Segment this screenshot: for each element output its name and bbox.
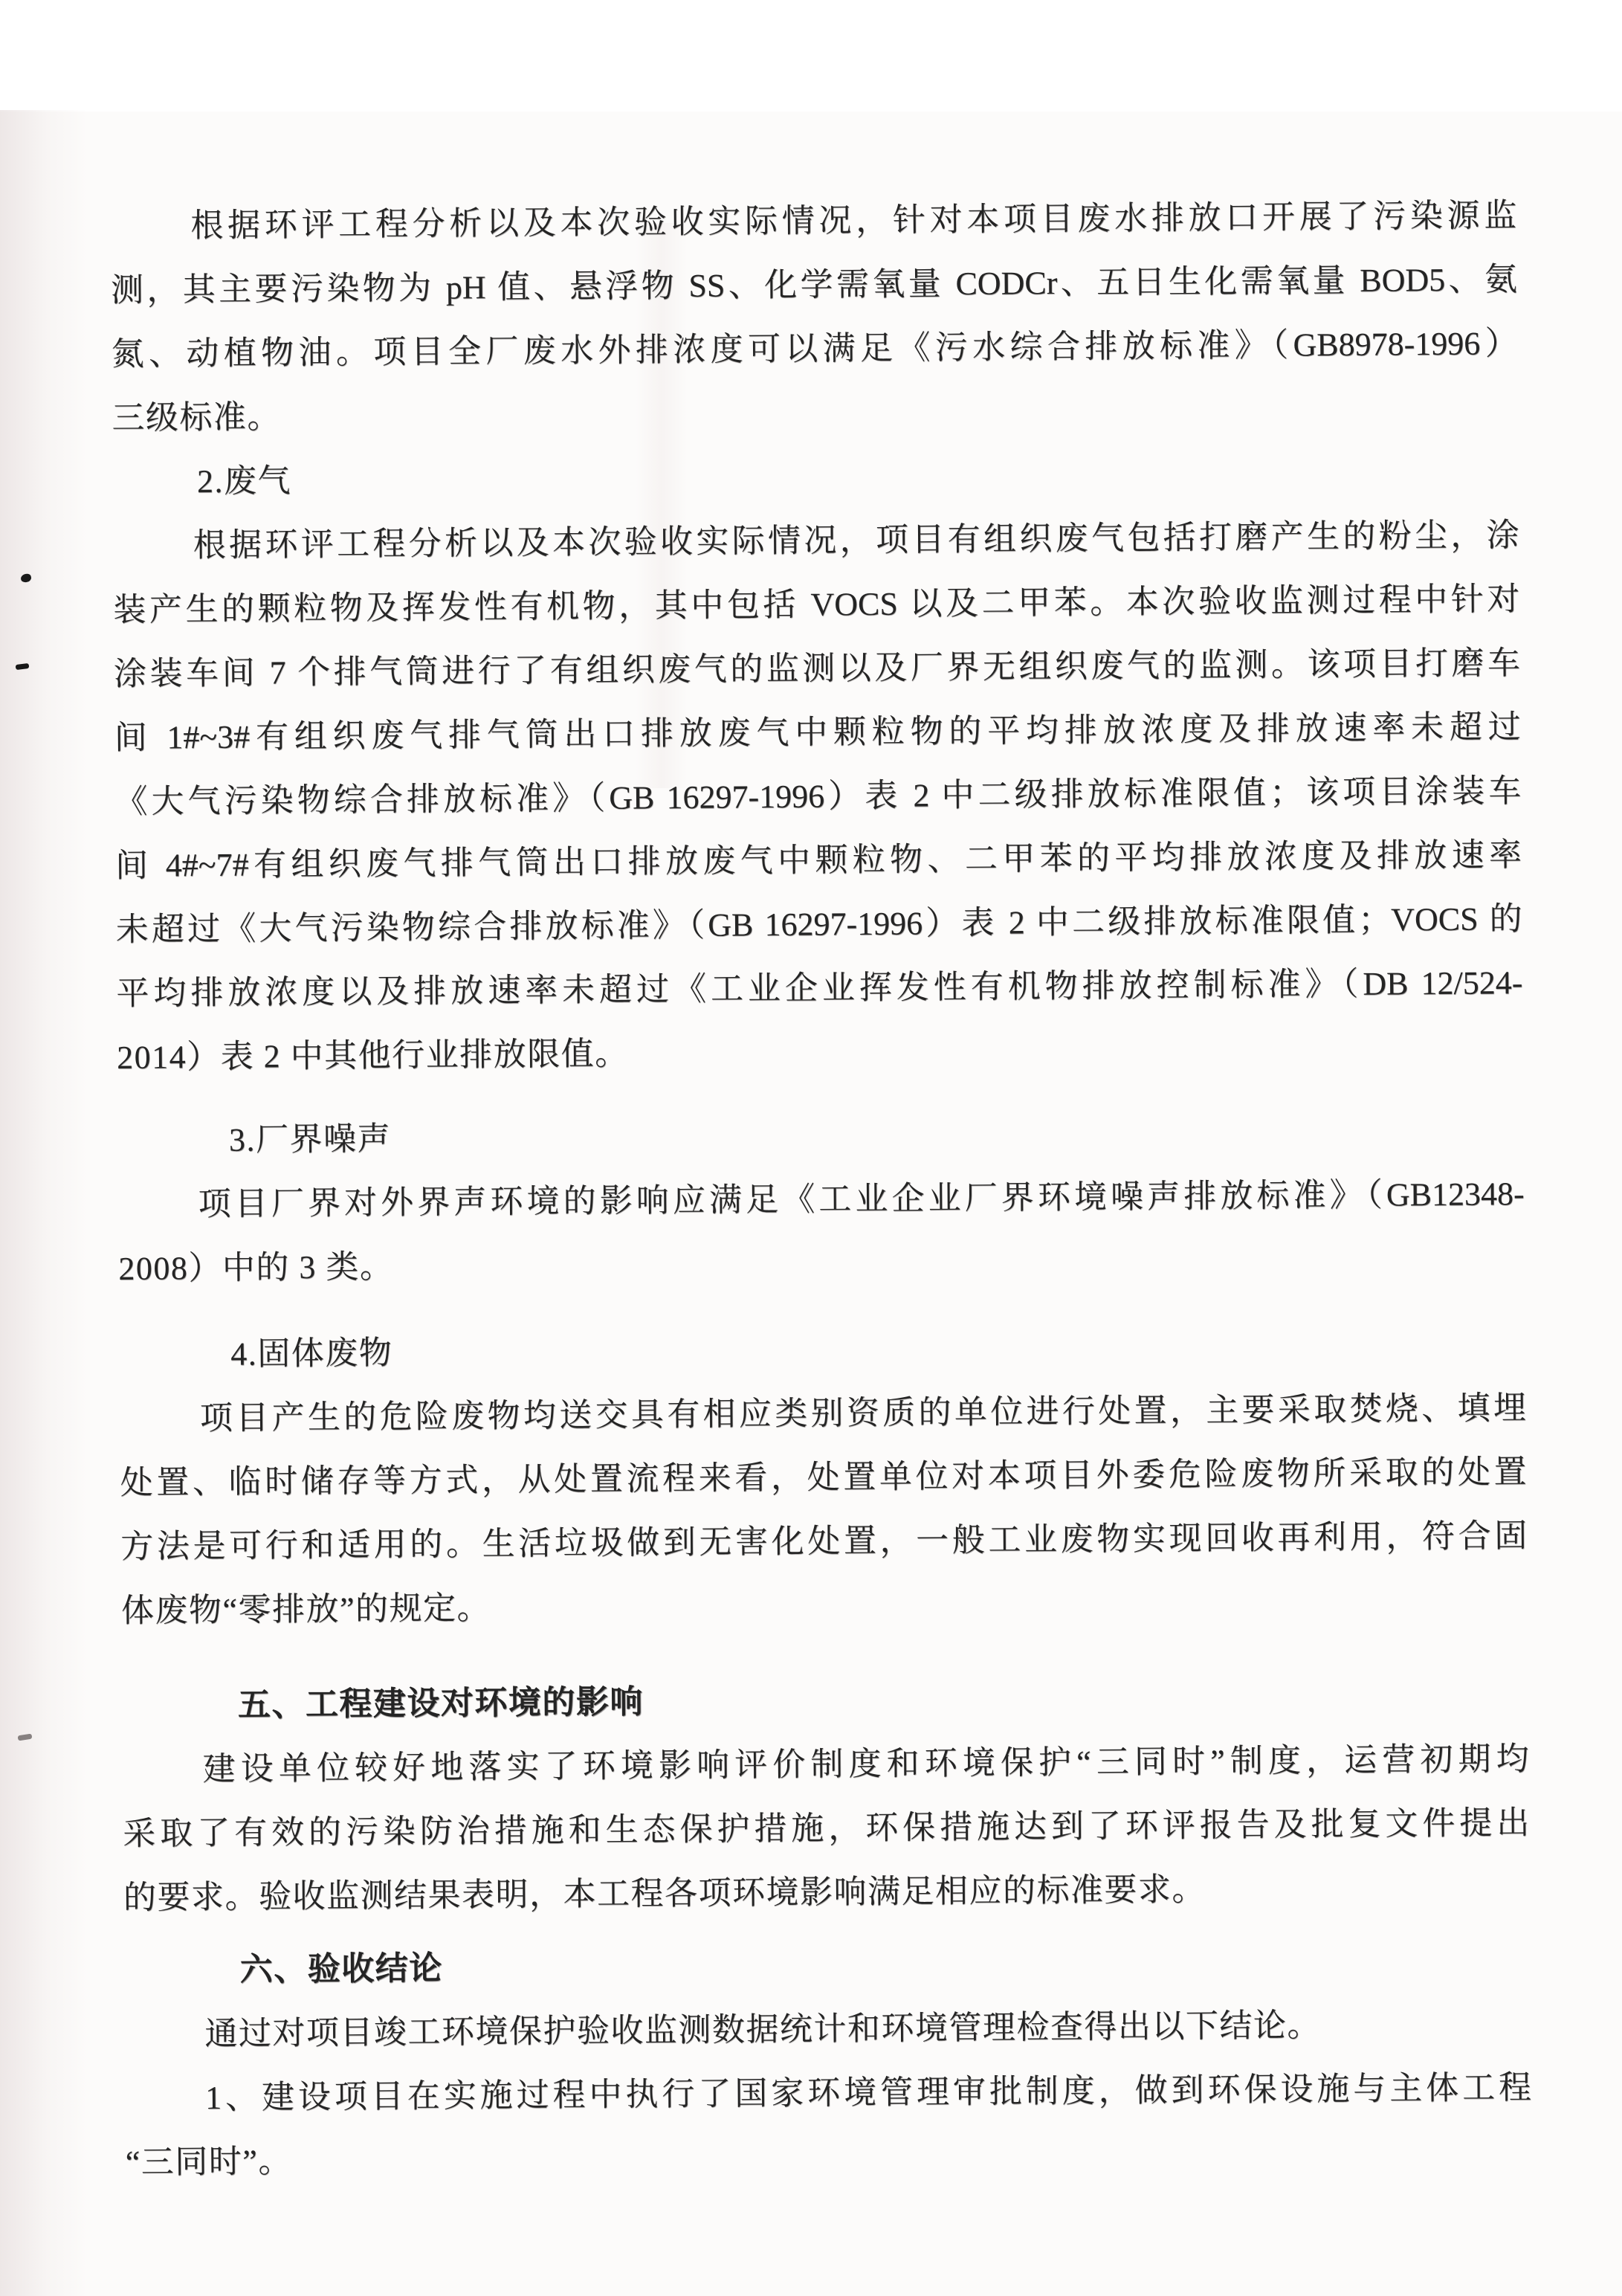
text-line: 2008）中的 3 类。 (118, 1226, 1525, 1301)
text-line: 未超过《大气污染物综合排放标准》（GB 16297-1996）表 2 中二级排放… (115, 887, 1522, 962)
section-heading-boundary-noise: 3.厂界噪声 (117, 1098, 1525, 1173)
scan-shadow-left-edge (0, 110, 88, 2296)
text-line: 三级标准。 (112, 375, 1519, 451)
text-line: 根据环评工程分析以及本次验收实际情况，针对本项目废水排放口开展了污染源监 (110, 184, 1517, 259)
text-line: 项目厂界对外界声环境的影响应满足《工业企业厂界环境噪声排放标准》（GB12348… (117, 1162, 1525, 1237)
text-line: 的要求。验收监测结果表明，本工程各项环境影响满足相应的标准要求。 (123, 1855, 1531, 1930)
text-line: 建设单位较好地落实了环境影响评价制度和环境保护“三同时”制度，运营初期均 (122, 1727, 1529, 1802)
scan-top-white-band (0, 0, 1622, 112)
text-line: 方法是可行和适用的。生活垃圾做到无害化处置，一般工业废物实现回收再利用，符合固 (120, 1504, 1528, 1579)
text-line: 平均排放浓度以及排放速率未超过《工业企业挥发性有机物排放控制标准》（DB 12/… (116, 951, 1523, 1026)
text-line: 1、建设项目在实施过程中执行了国家环境管理审批制度，做到环保设施与主体工程 (125, 2056, 1532, 2131)
section-heading-solid-waste: 4.固体废物 (119, 1312, 1526, 1387)
document-text-block: 根据环评工程分析以及本次验收实际情况，针对本项目废水排放口开展了污染源监 测，其… (110, 184, 1532, 2195)
section-heading-waste-gas: 2.废气 (112, 439, 1519, 515)
text-line: 2014）表 2 中其他行业排放限值。 (117, 1015, 1524, 1090)
margin-ink-dot-mark (20, 573, 32, 584)
text-line: 测，其主要污染物为 pH 值、悬浮物 SS、化学需氧量 CODCr、五日生化需氧… (111, 248, 1518, 323)
margin-faint-ink-dash-mark (18, 1734, 33, 1741)
text-line: 间 1#~3#有组织废气排气筒出口排放废气中颗粒物的平均排放浓度及排放速率未超过 (114, 695, 1521, 770)
text-line: 项目产生的危险废物均送交具有相应类别资质的单位进行处置，主要采取焚烧、填埋 (120, 1376, 1527, 1451)
text-line: 体废物“零排放”的规定。 (121, 1568, 1528, 1643)
text-line: 通过对项目竣工环境保护验收监测数据统计和环境管理检查得出以下结论。 (124, 1992, 1531, 2067)
margin-ink-dash-mark (16, 663, 30, 670)
text-line: 处置、临时储存等方式，从处置流程来看，处置单位对本项目外委危险废物所采取的处置 (120, 1440, 1527, 1515)
chapter-heading-environmental-impact: 五、工程建设对环境的影响 (122, 1663, 1529, 1738)
text-line: 间 4#~7#有组织废气排气筒出口排放废气中颗粒物、二甲苯的平均排放浓度及排放速… (115, 823, 1522, 898)
text-line: 涂装车间 7 个排气筒进行了有组织废气的监测以及厂界无组织废气的监测。该项目打磨… (114, 631, 1521, 706)
text-line: 《大气污染物综合排放标准》（GB 16297-1996）表 2 中二级排放标准限… (114, 759, 1522, 834)
chapter-heading-acceptance-conclusion: 六、验收结论 (123, 1928, 1531, 2003)
text-line: 装产生的颗粒物及挥发性有机物，其中包括 VOCS 以及二甲苯。本次验收监测过程中… (113, 567, 1520, 642)
scanned-document-page: 根据环评工程分析以及本次验收实际情况，针对本项目废水排放口开展了污染源监 测，其… (0, 0, 1622, 2296)
text-line: 采取了有效的污染防治措施和生态保护措施，环保措施达到了环评报告及批复文件提出 (123, 1791, 1530, 1866)
text-line: 根据环评工程分析以及本次验收实际情况，项目有组织废气包括打磨产生的粉尘，涂 (112, 503, 1519, 578)
text-line: “三同时”。 (125, 2120, 1532, 2195)
text-line: 氮、动植物油。项目全厂废水外排浓度可以满足《污水综合排放标准》（GB8978-1… (111, 312, 1518, 387)
